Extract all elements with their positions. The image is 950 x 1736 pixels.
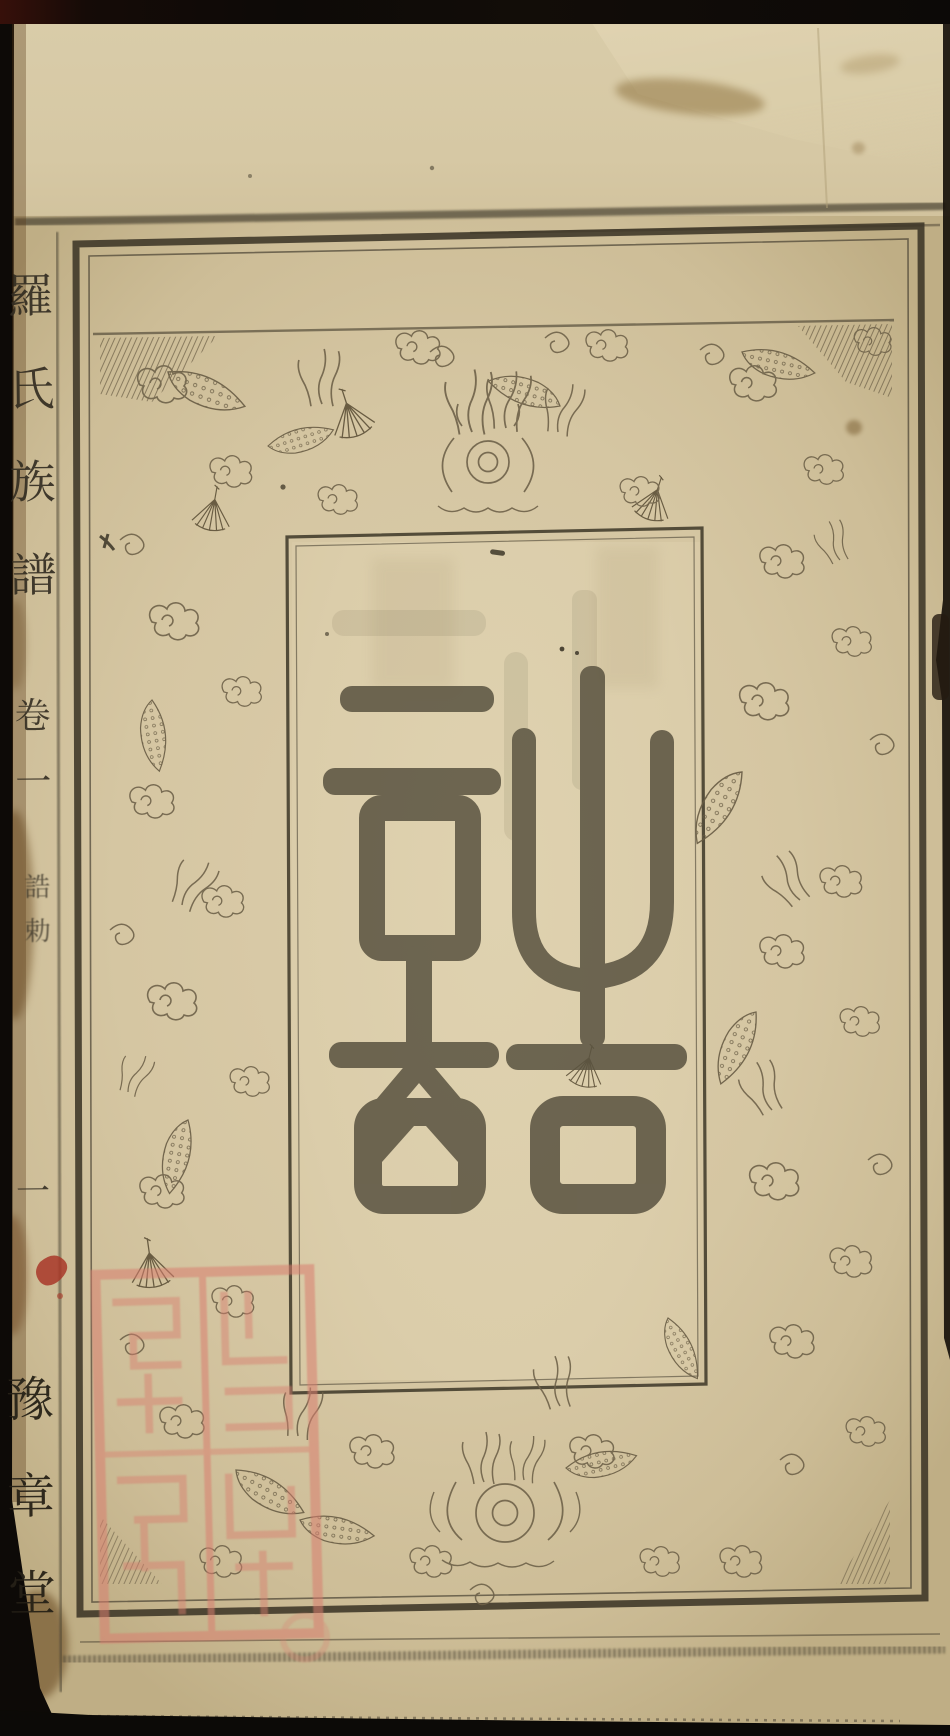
outer-rules	[15, 206, 945, 1721]
seal-character-left	[323, 686, 501, 1200]
spine-section: 誥勅	[24, 866, 52, 954]
fringe-bottom-left	[100, 1516, 162, 1584]
dragon-border	[100, 324, 894, 1604]
spine-page-number: 一	[15, 1172, 51, 1212]
red-ink-mark	[36, 1255, 67, 1299]
fringe-top-right	[798, 324, 892, 398]
title-panel-characters	[323, 590, 687, 1200]
spine-volume: 卷一	[13, 684, 52, 816]
spine-hall-name: 豫章堂	[4, 1352, 57, 1644]
fringe-bottom-right	[836, 1500, 890, 1584]
clouds	[110, 328, 894, 1605]
red-seal-stamp	[95, 1269, 327, 1665]
seal-character-right	[506, 666, 687, 1199]
scanned-page: 羅氏族譜 卷一 誥勅 一 豫章堂	[0, 0, 950, 1736]
top-edge-black-band	[0, 0, 950, 24]
flaming-pearl-bottom	[430, 1482, 580, 1567]
flaming-pearl-top	[438, 404, 538, 512]
flame-manes	[112, 349, 853, 1441]
spine-title: 羅氏族譜	[6, 250, 58, 622]
page-artwork	[0, 0, 950, 1736]
